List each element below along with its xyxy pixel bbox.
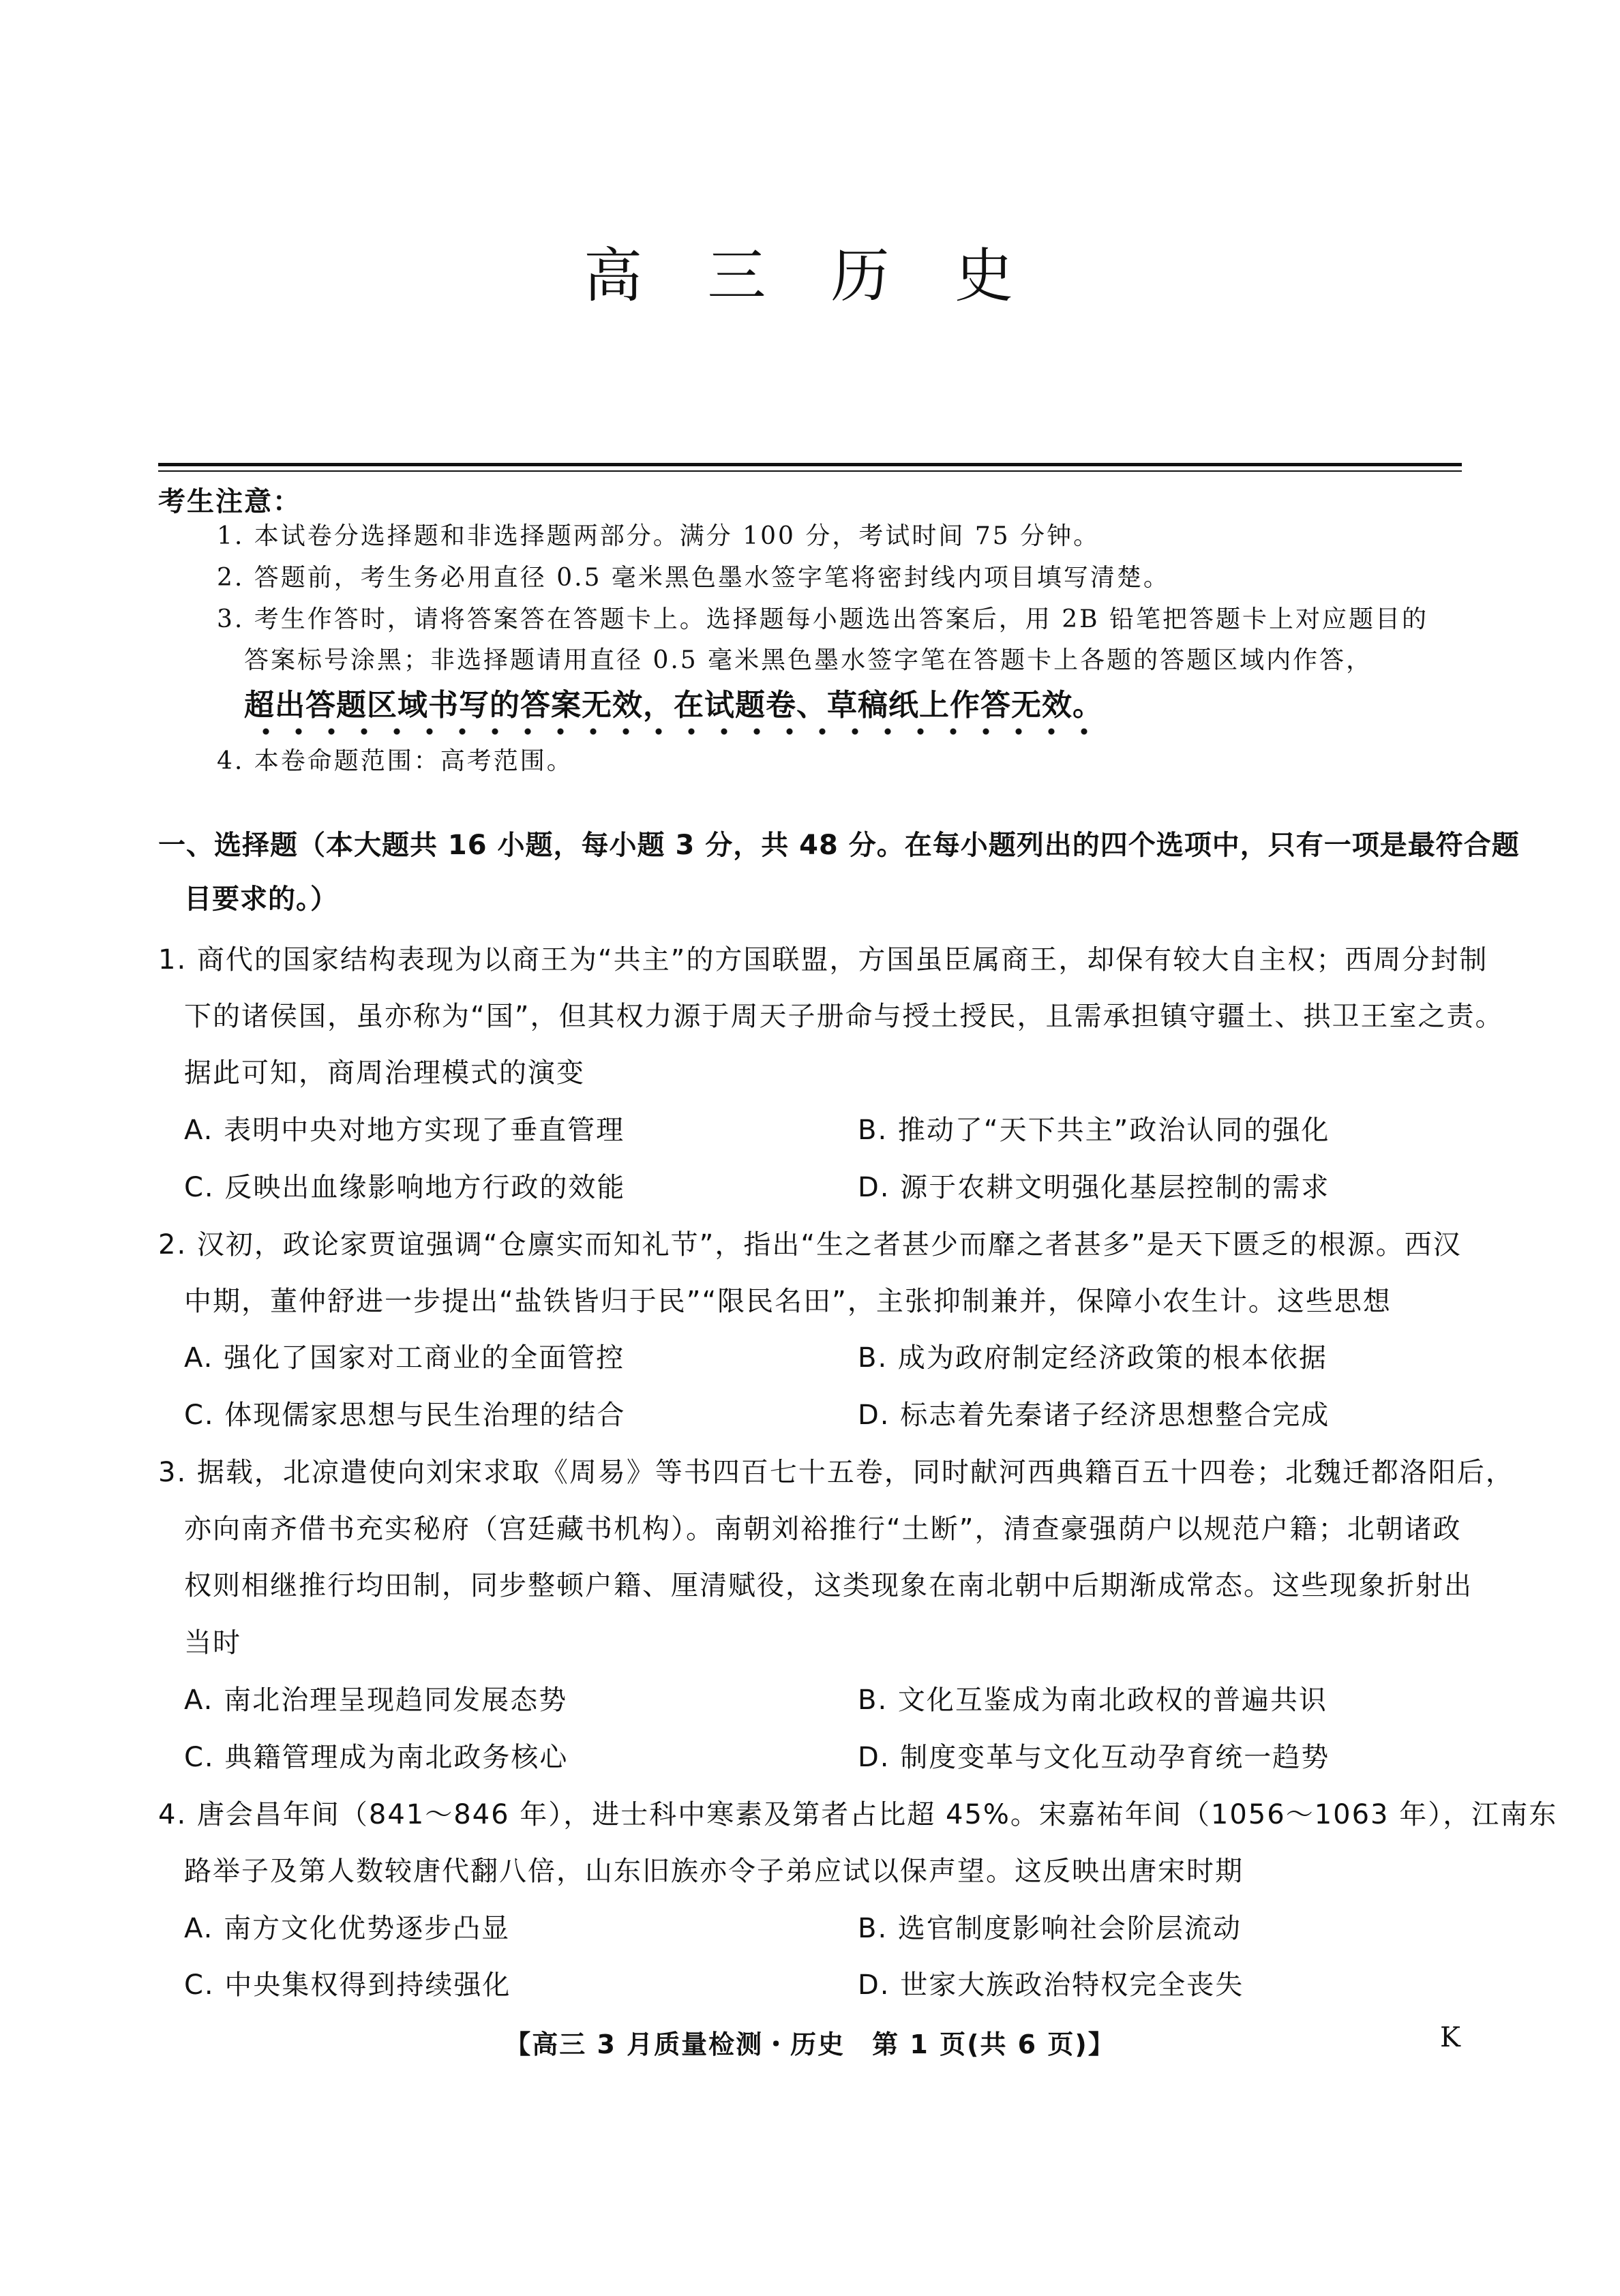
option-b: B. 文化互鉴成为南北政权的普遍共识 bbox=[858, 1678, 1327, 1717]
option-a: A. 南北治理呈现趋同发展态势 bbox=[184, 1678, 567, 1717]
header-rule-thin bbox=[158, 470, 1462, 472]
page-title: 高 三 历 史 bbox=[0, 228, 1620, 313]
paper-code: K bbox=[1440, 2022, 1460, 2053]
question-text: 4. 唐会昌年间（841～846 年），进士科中寒素及第者占比超 45%。宋嘉祐… bbox=[158, 1793, 1557, 1832]
question-text: 中期，董仲舒进一步提出“盐铁皆归于民”“限民名田”，主张抑制兼并，保障小农生计。… bbox=[184, 1280, 1392, 1318]
option-c: C. 典籍管理成为南北政务核心 bbox=[184, 1736, 568, 1774]
option-b: B. 推动了“天下共主”政治认同的强化 bbox=[858, 1108, 1330, 1147]
notice-item-3-emphasis: 超出答题区域书写的答案无效，在试题卷、草稿纸上作答无效。 bbox=[244, 686, 1492, 725]
notice-item-1: 1. 本试卷分选择题和非选择题两部分。满分 100 分，考试时间 75 分钟。 bbox=[217, 517, 1465, 556]
section-heading: 一、选择题（本大题共 16 小题，每小题 3 分，共 48 分。在每小题列出的四… bbox=[158, 824, 1520, 862]
notice-heading: 考生注意： bbox=[158, 480, 301, 519]
section-heading-cont: 目要求的。） bbox=[184, 877, 338, 916]
question-text: 权则相继推行均田制，同步整顿户籍、厘清赋役，这类现象在南北朝中后期渐成常态。这些… bbox=[184, 1564, 1473, 1603]
notice-item-3: 3. 考生作答时，请将答案答在答题卡上。选择题每小题选出答案后，用 2B 铅笔把… bbox=[217, 600, 1465, 639]
question-text: 路举子及第人数较唐代翻八倍，山东旧族亦令子弟应试以保声望。这反映出唐宋时期 bbox=[184, 1849, 1244, 1888]
question-text: 当时 bbox=[184, 1621, 241, 1660]
emphasis-dots bbox=[250, 727, 1102, 736]
option-c: C. 体现儒家思想与民生治理的结合 bbox=[184, 1393, 625, 1432]
option-d: D. 制度变革与文化互动孕育统一趋势 bbox=[858, 1736, 1330, 1774]
option-a: A. 表明中央对地方实现了垂直管理 bbox=[184, 1108, 625, 1147]
option-b: B. 成为政府制定经济政策的根本依据 bbox=[858, 1336, 1327, 1375]
option-d: D. 世家大族政治特权完全丧失 bbox=[858, 1963, 1244, 2002]
notice-item-4: 4. 本卷命题范围：高考范围。 bbox=[217, 742, 1465, 781]
question-text: 据此可知，商周治理模式的演变 bbox=[184, 1051, 585, 1090]
option-a: A. 南方文化优势逐步凸显 bbox=[184, 1907, 510, 1946]
option-d: D. 源于农耕文明强化基层控制的需求 bbox=[858, 1166, 1330, 1205]
option-c: C. 反映出血缘影响地方行政的效能 bbox=[184, 1166, 625, 1205]
exam-page: 高 三 历 史 考生注意： 1. 本试卷分选择题和非选择题两部分。满分 100 … bbox=[0, 0, 1620, 2296]
notice-item-2: 2. 答题前，考生务必用直径 0.5 毫米黑色墨水签字笔将密封线内项目填写清楚。 bbox=[217, 558, 1465, 598]
option-a: A. 强化了国家对工商业的全面管控 bbox=[184, 1336, 625, 1375]
notice-item-3-cont: 答案标号涂黑；非选择题请用直径 0.5 毫米黑色墨水签字笔在答题卡上各题的答题区… bbox=[244, 641, 1492, 680]
question-text: 下的诸侯国，虽亦称为“国”，但其权力源于周天子册命与授土授民，且需承担镇守疆土、… bbox=[184, 995, 1503, 1033]
question-text: 3. 据载，北凉遣使向刘宋求取《周易》等书四百七十五卷，同时献河西典籍百五十四卷… bbox=[158, 1451, 1514, 1490]
option-c: C. 中央集权得到持续强化 bbox=[184, 1963, 511, 2002]
page-footer: 【高三 3 月质量检测・历史 第 1 页(共 6 页)】 bbox=[0, 2023, 1620, 2061]
question-text: 1. 商代的国家结构表现为以商王为“共主”的方国联盟，方国虽臣属商王，却保有较大… bbox=[158, 938, 1488, 977]
header-rule-thick bbox=[158, 463, 1462, 466]
question-text: 2. 汉初，政论家贾谊强调“仓廪实而知礼节”，指出“生之者甚少而靡之者甚多”是天… bbox=[158, 1223, 1462, 1262]
question-text: 亦向南齐借书充实秘府（宫廷藏书机构）。南朝刘裕推行“土断”，清查豪强荫户以规范户… bbox=[184, 1507, 1461, 1546]
option-b: B. 选官制度影响社会阶层流动 bbox=[858, 1907, 1242, 1946]
option-d: D. 标志着先秦诸子经济思想整合完成 bbox=[858, 1393, 1330, 1432]
